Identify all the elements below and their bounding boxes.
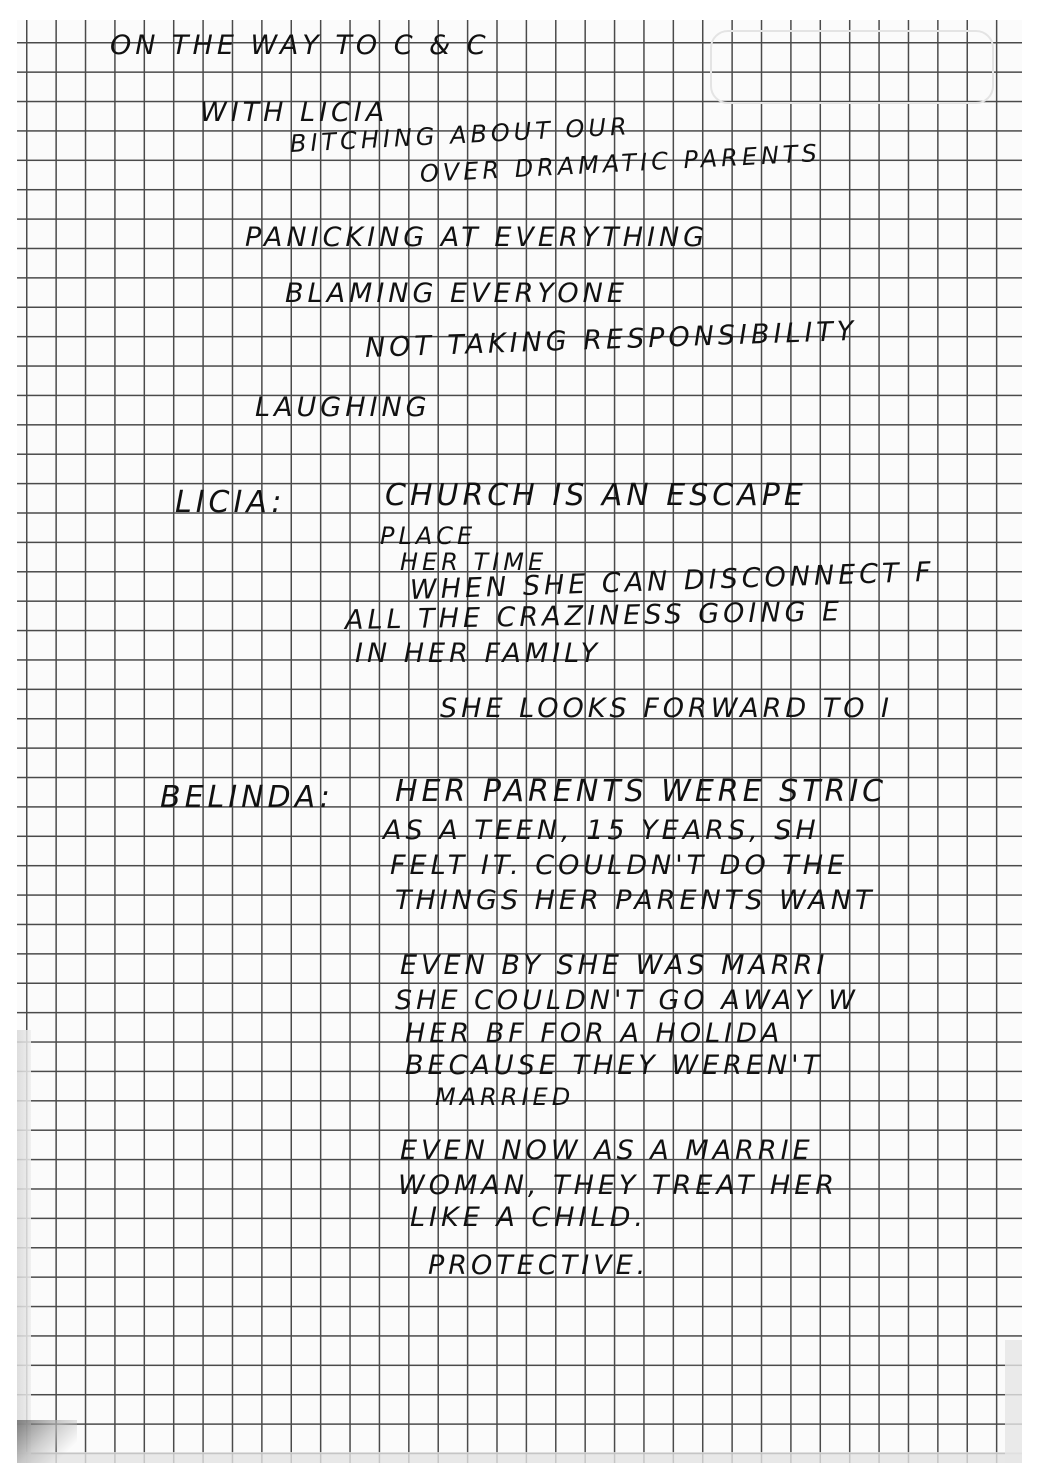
- trait-item: BLAMING EVERYONE: [285, 278, 628, 309]
- page-curl-corner: [17, 1420, 77, 1463]
- licia-line: PLACE: [380, 522, 476, 550]
- notebook-page: ON THE WAY TO C & C WITH LICIA BITCHING …: [0, 0, 1040, 1478]
- belinda-line: THINGS HER PARENTS WANT: [395, 885, 875, 916]
- scan-shadow-left: [17, 1030, 31, 1463]
- belinda-line: AS A TEEN, 15 YEARS, SH: [383, 815, 820, 846]
- belinda-line: MARRIED: [435, 1083, 574, 1111]
- licia-line: IN HER FAMILY: [355, 638, 601, 669]
- licia-label: LICIA:: [175, 485, 286, 520]
- licia-line: CHURCH IS AN ESCAPE: [385, 478, 807, 513]
- belinda-line: EVEN NOW AS A MARRIE: [400, 1135, 814, 1166]
- trait-item: LAUGHING: [255, 392, 431, 423]
- belinda-line: WOMAN, THEY TREAT HER: [398, 1170, 838, 1201]
- belinda-line: FELT IT. COULDN'T DO THE: [390, 850, 848, 881]
- belinda-label: BELINDA:: [160, 780, 334, 815]
- belinda-line: HER BF FOR A HOLIDA: [405, 1018, 783, 1049]
- licia-line: SHE LOOKS FORWARD TO I: [440, 693, 893, 724]
- scan-shadow-right: [1005, 1340, 1022, 1463]
- trait-item: PANICKING AT EVERYTHING: [245, 222, 708, 253]
- belinda-line: PROTECTIVE.: [428, 1250, 649, 1281]
- belinda-line: BECAUSE THEY WEREN'T: [405, 1050, 823, 1081]
- belinda-line: HER PARENTS WERE STRIC: [395, 774, 887, 809]
- bleed-through-stamp: [710, 30, 994, 104]
- belinda-line: LIKE A CHILD.: [410, 1202, 647, 1233]
- note-heading: ON THE WAY TO C & C: [110, 30, 490, 61]
- belinda-line: EVEN BY SHE WAS MARRI: [400, 950, 828, 981]
- note-with-line: WITH LICIA: [200, 97, 388, 128]
- scan-shadow-bottom: [17, 1452, 1022, 1463]
- belinda-line: SHE COULDN'T GO AWAY W: [395, 985, 859, 1016]
